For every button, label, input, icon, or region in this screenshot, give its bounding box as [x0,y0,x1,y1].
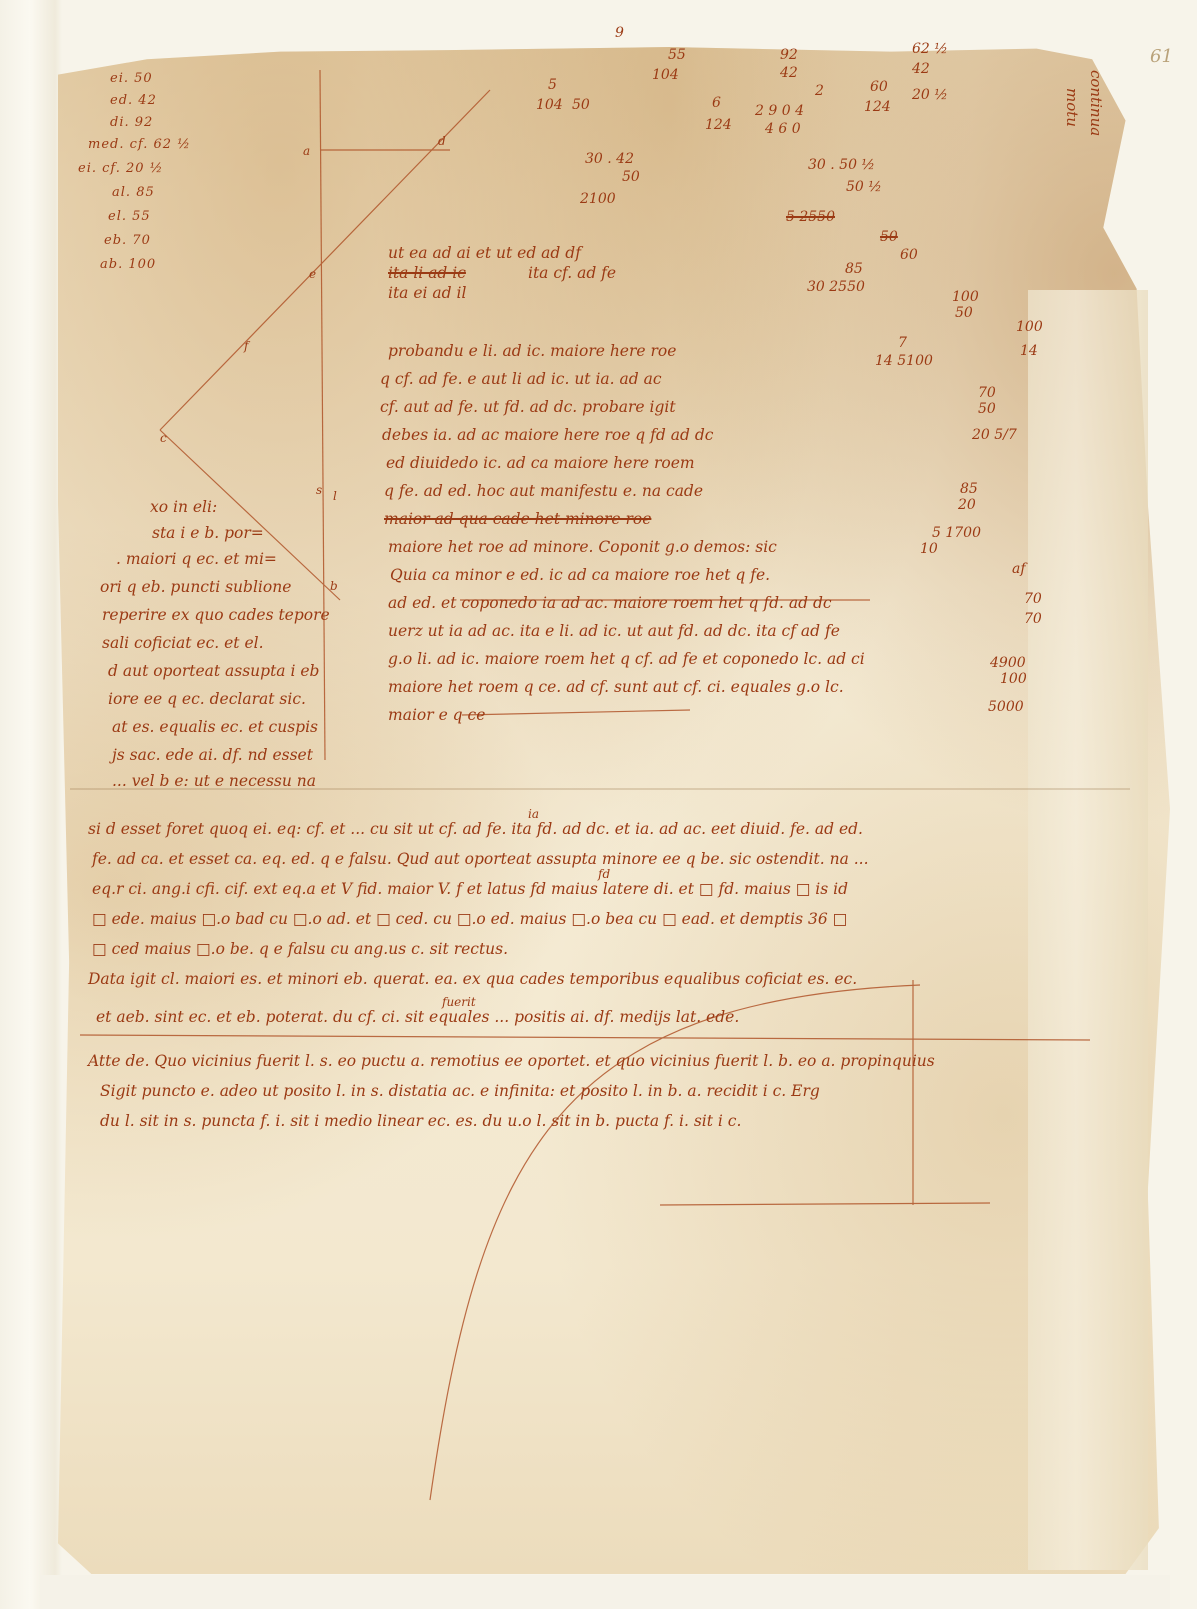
calc-line: 14 5100 [875,354,933,368]
text-line: eq.r ci. ang.i cfi. cif. ext eq.a et V f… [92,882,848,898]
calc-line: 42 [912,62,930,76]
calc-line: 42 [780,66,798,80]
calc-digit: 104 [652,68,679,82]
text-line: maiore het roem q ce. ad cf. sunt aut cf… [388,680,844,696]
margin-note-continua: continua [1088,70,1103,136]
calc-line: 70 [1024,612,1042,626]
calc-line: 124 [705,118,732,132]
text-line: ita ei ad il [388,286,466,302]
calc-line: 5000 [988,700,1024,714]
calc-line: 70 [978,386,996,400]
point-label-s: s [316,484,322,496]
table-row: al. 85 [112,186,155,199]
superscript: ia [528,808,539,820]
calc-line: 20 5/7 [972,428,1017,442]
table-row: ab. 100 [100,258,156,271]
text-line: ita cf. ad fe [528,266,616,282]
calc-line: 2 [815,84,824,98]
text-line: iore ee q ec. declarat sic. [108,692,306,708]
point-label-f: f [244,340,248,352]
text-line: d aut oporteat assupta i eb [108,664,319,680]
point-label-d: d [438,135,446,147]
calc-line: 30 . 42 [585,152,634,166]
calc-line: 85 [960,482,978,496]
text-line: ori q eb. puncti sublione [100,580,291,596]
text-line: g.o li. ad ic. maiore roem het q cf. ad … [388,652,865,668]
table-row: ei. cf. 20 ½ [78,162,163,175]
calc-line: 20 [958,498,976,512]
text-line: sta i e b. por= [152,526,264,542]
text-line: ut ea ad ai et ut ed ad df [388,246,581,262]
calc-line: 50 ½ [846,180,882,194]
text-line: □ ced maius □.o be. q e falsu cu ang.us … [92,942,508,958]
text-line: . maiori q ec. et mi= [116,552,277,568]
text-line: Quia ca minor e ed. ic ad ca maiore roe … [390,568,770,584]
calc-line: 62 ½ [912,42,948,56]
superscript: fuerit [442,996,476,1008]
text-line: reperire ex quo cades tepore [102,608,330,624]
text-line: probandu e li. ad ic. maiore here roe [388,344,676,360]
point-label-b: b [330,580,338,592]
calc-line: 5 2550 [786,210,835,224]
calc-line: 7 [898,336,907,350]
calc-line: 2 9 0 4 [755,104,804,118]
text-line: ad ed. et coponedo ia ad ac. maiore roem… [388,596,832,612]
calc-line: 85 [845,262,863,276]
calc-line: 30 . 50 ½ [808,158,875,172]
calc-line: 6 [712,96,721,110]
struck-text-line: maior ad qua cade het minore roe [384,512,651,528]
superscript: fd [598,868,610,880]
table-row: med. cf. 62 ½ [88,138,191,151]
calc-line: 50 [955,306,973,320]
calc-line: 50 [978,402,996,416]
text-line: □ ede. maius □.o bad cu □.o ad. et □ ced… [92,912,847,928]
point-label-c: c [160,432,167,444]
calc-line: 124 [864,100,891,114]
calc-digit: 9 [615,26,624,40]
text-line: ed diuidedo ic. ad ca maiore here roem [386,456,695,472]
calc-line: 70 [1024,592,1042,606]
calc-line: 60 [870,80,888,94]
calc-line: af [1012,562,1026,576]
text-line: Data igit cl. maiori es. et minori eb. q… [88,972,857,988]
table-row: ei. 50 [110,72,153,85]
mount-bottom-edge [40,1575,1170,1609]
table-row: eb. 70 [104,234,151,247]
calc-line: 50 [622,170,640,184]
calc-line: 100 [1000,672,1027,686]
repair-patch [1028,290,1148,1570]
text-line: maiore het roe ad minore. Coponit g.o de… [388,540,777,556]
text-line: xo in eli: [150,500,217,516]
text-line: ... vel b e: ut e necessu na [112,774,316,790]
calc-line: 50 [880,230,898,244]
calc-line: 20 ½ [912,88,948,102]
text-line: at es. equalis ec. et cuspis [112,720,318,736]
margin-note-motu: motu [1064,88,1079,127]
point-label-a: a [303,145,310,157]
calc-digit: 50 [572,98,590,112]
calc-line: 30 2550 [807,280,865,294]
calc-line: 5 1700 [932,526,981,540]
text-line: cf. aut ad fe. ut fd. ad dc. probare igi… [380,400,676,416]
calc-line: 10 [920,542,938,556]
table-row: di. 92 [110,116,153,129]
table-row: el. 55 [108,210,151,223]
text-line: si d esset foret quoq ei. eq: cf. et ...… [88,822,863,838]
calc-line: 14 [1020,344,1038,358]
text-line: js sac. ede ai. df. nd esset [112,748,313,764]
text-line: q cf. ad fe. e aut li ad ic. ut ia. ad a… [380,372,662,388]
text-line: Atte de. Quo vicinius fuerit l. s. eo pu… [88,1054,935,1070]
text-line: fe. ad ca. et esset ca. eq. ed. q e fals… [92,852,869,868]
point-label-e: e [309,268,316,280]
calc-line: 60 [900,248,918,262]
text-line: uerz ut ia ad ac. ita e li. ad ic. ut au… [388,624,840,640]
table-row: ed. 42 [110,94,157,107]
calc-digit: 104 [536,98,563,112]
calc-line: 2100 [580,192,616,206]
calc-digit: 55 [668,48,686,62]
struck-text-line: ita li ad ic [388,266,466,282]
text-line: debes ia. ad ac maiore here roe q fd ad … [382,428,713,444]
text-line: du l. sit in s. puncta f. i. sit i medio… [100,1114,741,1130]
calc-line: 4900 [990,656,1026,670]
calc-digit: 5 [548,78,557,92]
point-label-l: l [333,490,337,502]
calc-line: 100 [952,290,979,304]
text-line: q fe. ad ed. hoc aut manifestu e. na cad… [384,484,703,500]
calc-line: 4 6 0 [765,122,801,136]
text-line: maior e q ce [388,708,485,724]
folio-number: 61 [1150,48,1173,66]
calc-line: 92 [780,48,798,62]
text-line: et aeb. sint ec. et eb. poterat. du cf. … [96,1010,739,1026]
text-line: sali coficiat ec. et el. [102,636,264,652]
calc-line: 100 [1016,320,1043,334]
text-line: Sigit puncto e. adeo ut posito l. in s. … [100,1084,820,1100]
